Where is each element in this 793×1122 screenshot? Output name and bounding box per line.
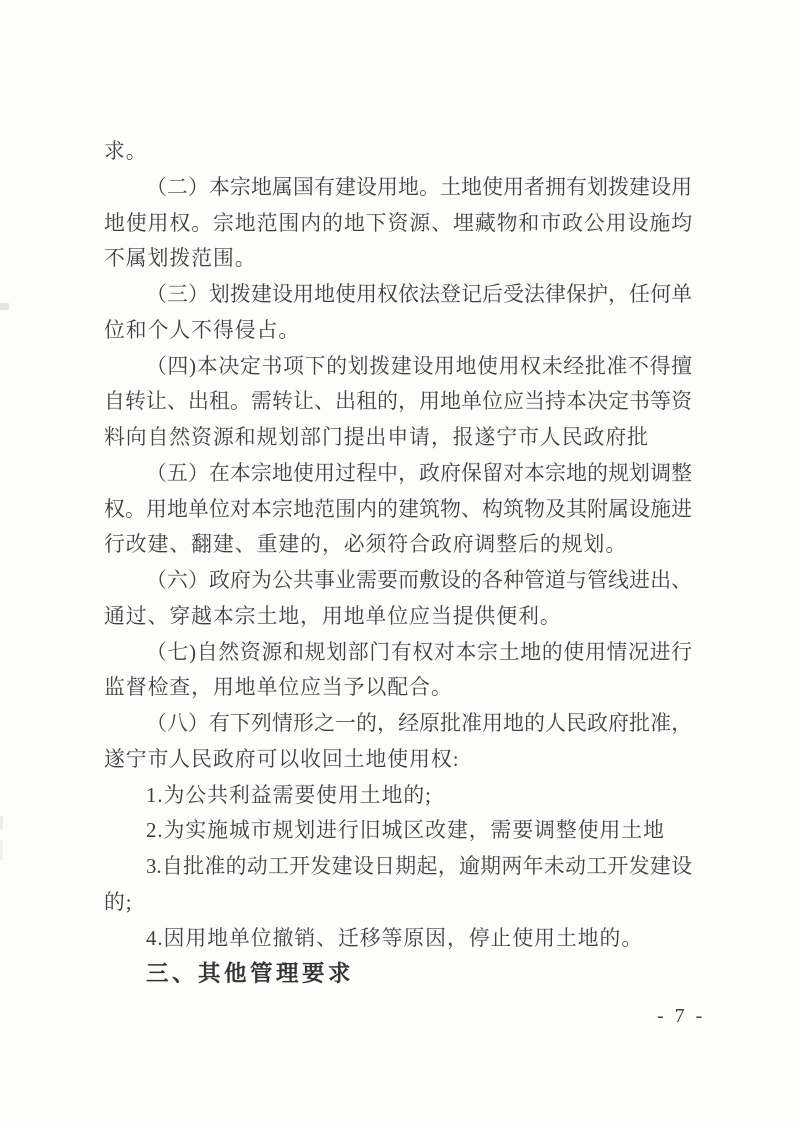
text-line: （八）有下列情形之一的，经原批准用地的人民政府批准， bbox=[104, 706, 692, 742]
section-heading: 三、其他管理要求 bbox=[104, 956, 692, 992]
document-body: 求。（二）本宗地属国有建设用地。土地使用者拥有划拨建设用地使用权。宗地范围内的地… bbox=[104, 134, 692, 992]
text-line: 位和个人不得侵占。 bbox=[104, 313, 692, 349]
text-line: 3.自批准的动工开发建设日期起，逾期两年未动工开发建设 bbox=[104, 849, 692, 885]
text-line: 监督检查，用地单位应当予以配合。 bbox=[104, 670, 692, 706]
text-line: 4.因用地单位撤销、迁移等原因，停止使用土地的。 bbox=[104, 921, 692, 957]
page-number: - 7 - bbox=[657, 1005, 705, 1028]
scan-artifact bbox=[0, 816, 3, 830]
text-line: 1.为公共利益需要使用土地的; bbox=[104, 778, 692, 814]
text-line: （二）本宗地属国有建设用地。土地使用者拥有划拨建设用 bbox=[104, 170, 692, 206]
text-line: 行改建、翻建、重建的，必须符合政府调整后的规划。 bbox=[104, 527, 692, 563]
text-line: 权。用地单位对本宗地范围内的建筑物、构筑物及其附属设施进 bbox=[104, 492, 692, 528]
text-line: 通过、穿越本宗土地，用地单位应当提供便利。 bbox=[104, 599, 692, 635]
text-line: 遂宁市人民政府可以收回土地使用权: bbox=[104, 742, 692, 778]
text-line: （三）划拨建设用地使用权依法登记后受法律保护，任何单 bbox=[104, 277, 692, 313]
scan-artifact bbox=[0, 840, 3, 860]
text-line: 不属划拨范围。 bbox=[104, 241, 692, 277]
text-line: （六）政府为公共事业需要而敷设的各种管道与管线进出、 bbox=[104, 563, 692, 599]
text-line: 的; bbox=[104, 885, 692, 921]
text-line: 自转让、出租。需转让、出租的，用地单位应当持本决定书等资 bbox=[104, 384, 692, 420]
text-line: 地使用权。宗地范围内的地下资源、埋藏物和市政公用设施均 bbox=[104, 206, 692, 242]
scan-artifact bbox=[0, 303, 9, 310]
text-line: 求。 bbox=[104, 134, 692, 170]
text-line: （五）在本宗地使用过程中，政府保留对本宗地的规划调整 bbox=[104, 456, 692, 492]
text-line: （七)自然资源和规划部门有权对本宗土地的使用情况进行 bbox=[104, 635, 692, 671]
text-line: （四)本决定书项下的划拨建设用地使用权未经批准不得擅 bbox=[104, 349, 692, 385]
text-line: 料向自然资源和规划部门提出申请，报遂宁市人民政府批准。 bbox=[104, 420, 692, 456]
text-line: 2.为实施城市规划进行旧城区改建，需要调整使用土地的; bbox=[104, 813, 692, 849]
document-page: 求。（二）本宗地属国有建设用地。土地使用者拥有划拨建设用地使用权。宗地范围内的地… bbox=[0, 0, 793, 1122]
